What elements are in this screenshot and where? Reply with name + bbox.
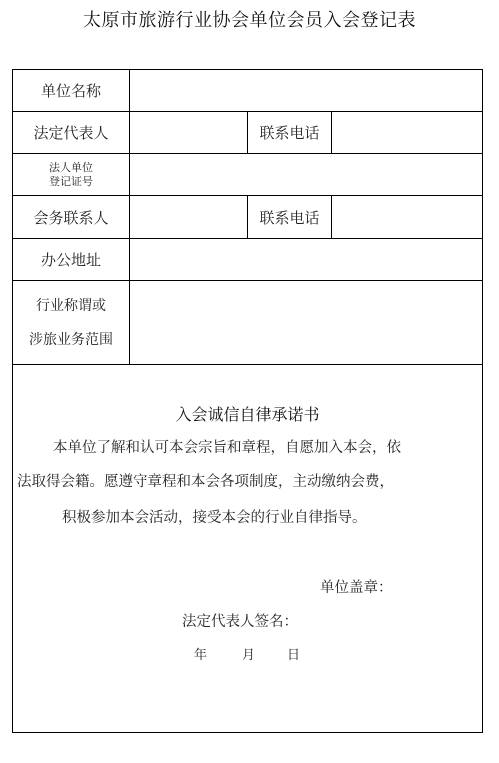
legal-rep-field[interactable] xyxy=(130,112,247,153)
pledge-title: 入会诚信自律承诺书 xyxy=(13,402,482,425)
registration-no-label: 法人单位 登记证号 xyxy=(13,154,129,195)
contact-phone-label: 联系电话 xyxy=(248,196,331,238)
date-year: 年 xyxy=(194,644,207,663)
registration-form: 单位名称 法定代表人 联系电话 法人单位 登记证号 会务联系人 联系电话 办公地… xyxy=(12,69,483,733)
scope-field[interactable] xyxy=(130,281,482,364)
registration-label-line1: 法人单位 xyxy=(49,161,93,175)
address-label: 办公地址 xyxy=(13,239,129,280)
legal-rep-label: 法定代表人 xyxy=(13,112,129,153)
scope-label-line1: 行业称谓或 xyxy=(36,289,106,323)
address-field[interactable] xyxy=(130,239,482,280)
document-title: 太原市旅游行业协会单位会员入会登记表 xyxy=(0,6,499,32)
contact-phone-field[interactable] xyxy=(332,196,482,238)
registration-label-line2: 登记证号 xyxy=(49,175,93,189)
contact-person-field[interactable] xyxy=(130,196,247,238)
contact-person-label: 会务联系人 xyxy=(13,196,129,238)
unit-name-label: 单位名称 xyxy=(13,70,129,111)
scope-label-line2: 涉旅业务范围 xyxy=(29,323,113,357)
registration-no-field[interactable] xyxy=(130,154,482,195)
pledge-line-2: 法取得会籍。愿遵守章程和本会各项制度，主动缴纳会费， xyxy=(17,470,394,491)
pledge-line-1: 本单位了解和认可本会宗旨和章程，自愿加入本会，依 xyxy=(53,436,401,457)
signature-label: 法定代表人签名： xyxy=(182,610,298,631)
legal-rep-phone-field[interactable] xyxy=(332,112,482,153)
date-day: 日 xyxy=(287,644,300,663)
pledge-line-3: 积极参加本会活动，接受本会的行业自律指导。 xyxy=(62,506,367,527)
legal-rep-phone-label: 联系电话 xyxy=(248,112,331,153)
scope-label: 行业称谓或 涉旅业务范围 xyxy=(13,281,129,364)
unit-name-field[interactable] xyxy=(130,70,482,111)
seal-label: 单位盖章： xyxy=(320,576,393,597)
row-divider xyxy=(13,364,482,365)
date-month: 月 xyxy=(242,644,255,663)
